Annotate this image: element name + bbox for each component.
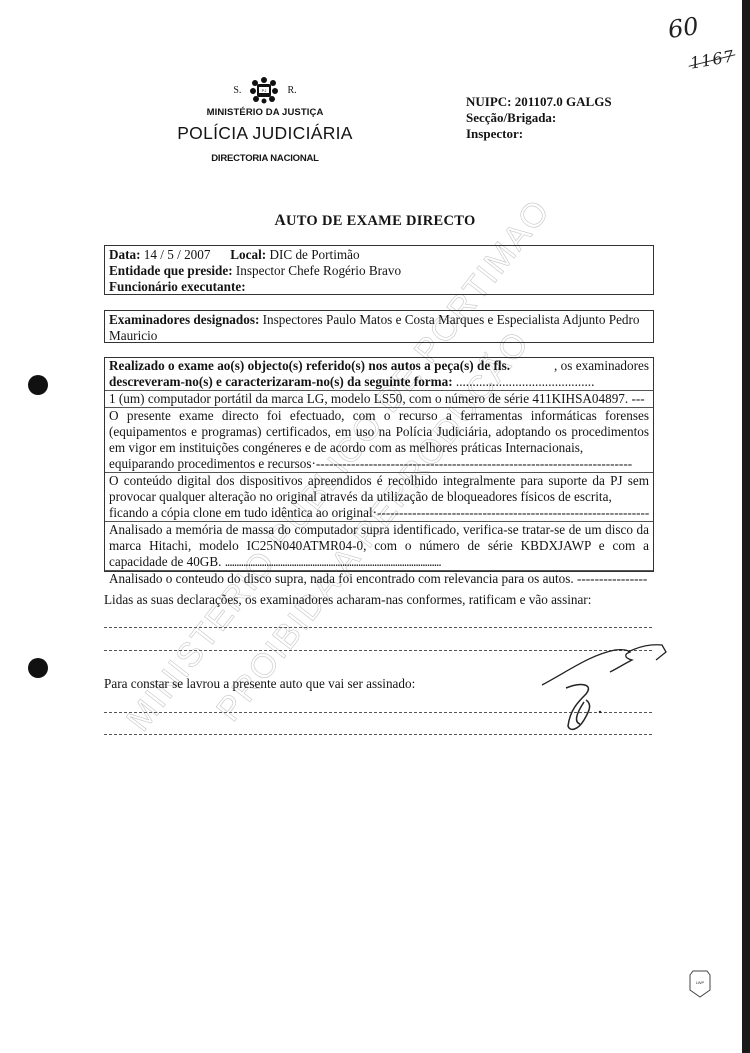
exam-paragraph-4: Analisado o conteudo do disco supra, nad… bbox=[105, 571, 653, 587]
data-value: 14 / 5 / 2007 bbox=[144, 247, 211, 262]
agency-name: POLÍCIA JUDICIÁRIA bbox=[170, 123, 360, 144]
document-title: AUTO DE EXAME DIRECTO bbox=[0, 212, 750, 230]
nuipc-label: NUIPC: bbox=[466, 94, 512, 109]
seccao-row: Secção/Brigada: bbox=[466, 110, 612, 126]
ministry-name: MINISTÉRIO DA JUSTIÇA bbox=[170, 107, 360, 118]
funcionario-row: Funcionário executante: bbox=[109, 279, 649, 295]
para-3-text-b: , modelo bbox=[188, 538, 247, 553]
inspector-label: Inspector: bbox=[466, 126, 523, 141]
title-initial: A bbox=[274, 212, 286, 229]
initials-signature-icon bbox=[556, 680, 616, 740]
disk-brand: Hitachi bbox=[149, 538, 188, 553]
svg-text:PJ: PJ bbox=[262, 88, 267, 93]
disk-serial: KBDXJAWP bbox=[521, 538, 591, 553]
emblem-row: S. PJ R. bbox=[170, 75, 360, 105]
directorate-name: DIRECTORIA NACIONAL bbox=[170, 153, 360, 164]
exam-paragraph-3: Analisado a memória de massa do computad… bbox=[105, 522, 653, 571]
header-left: S. PJ R. MINISTÉRIO DA JUSTIÇA POLÍCIA J… bbox=[170, 75, 360, 164]
exam-item-1: 1 (um) computador portátil da marca LG, … bbox=[105, 391, 653, 408]
nuipc-value: 201107.0 GALGS bbox=[515, 94, 612, 109]
footer-badge: LWP bbox=[689, 970, 711, 998]
signature-line-1 bbox=[104, 627, 652, 628]
handwritten-page-number: 60 bbox=[666, 12, 700, 44]
para-1-dashes: ·---------------------------------------… bbox=[312, 456, 633, 471]
date-location-row: Data: 14 / 5 / 2007 Local: DIC de Portim… bbox=[109, 247, 649, 263]
exam-intro: Realizado o exame ao(s) objecto(s) refer… bbox=[105, 358, 653, 391]
exam-paragraph-2: O conteúdo digital dos dispositivos apre… bbox=[105, 473, 653, 522]
emblem-right-letter: R. bbox=[287, 85, 296, 96]
inspector-row: Inspector: bbox=[466, 126, 612, 142]
funcionario-label: Funcionário executante: bbox=[109, 279, 246, 294]
info-box: Data: 14 / 5 / 2007 Local: DIC de Portim… bbox=[104, 245, 654, 295]
ratification-text: Lidas as suas declarações, os examinador… bbox=[104, 592, 591, 608]
intro-dots: ........................................… bbox=[453, 374, 595, 389]
intro-bold-1: Realizado o exame ao(s) objecto(s) refer… bbox=[109, 358, 510, 373]
title-rest: UTO DE EXAME DIRECTO bbox=[286, 213, 476, 229]
footer-badge-text: LWP bbox=[689, 980, 711, 985]
seccao-label: Secção/Brigada: bbox=[466, 110, 556, 125]
data-label: Data: bbox=[109, 247, 141, 262]
local-label: Local: bbox=[230, 247, 266, 262]
coat-of-arms-icon: PJ bbox=[249, 76, 279, 104]
entidade-row: Entidade que preside: Inspector Chefe Ro… bbox=[109, 263, 649, 279]
para-2-end: ficando a cópia clone em tudo idêntica a… bbox=[109, 505, 373, 520]
para-3-text-c: , com o número de série bbox=[363, 538, 521, 553]
para-2-dashes: ·---------------------------------------… bbox=[373, 505, 649, 520]
exam-box: Realizado o exame ao(s) objecto(s) refer… bbox=[104, 357, 654, 572]
disk-model: IC25N040ATMR04-0 bbox=[247, 538, 364, 553]
intro-normal: , os examinadores bbox=[554, 358, 649, 373]
examiners-box: Examinadores designados: Inspectores Pau… bbox=[104, 310, 654, 343]
para-1-end: equiparando procedimentos e recursos bbox=[109, 456, 312, 471]
emblem-left-letter: S. bbox=[233, 85, 241, 96]
punch-hole-top bbox=[28, 375, 48, 395]
para-3-dots: ........................................… bbox=[225, 554, 441, 569]
para-1-text: O presente exame directo foi efectuado, … bbox=[109, 408, 649, 455]
nuipc-row: NUIPC: 201107.0 GALGS bbox=[466, 94, 612, 110]
local-value: DIC de Portimão bbox=[269, 247, 359, 262]
exam-paragraph-1: O presente exame directo foi efectuado, … bbox=[105, 408, 653, 473]
punch-hole-bottom bbox=[28, 658, 48, 678]
scan-edge bbox=[742, 0, 750, 1053]
examiners-label: Examinadores designados: bbox=[109, 312, 259, 327]
entidade-value: Inspector Chefe Rogério Bravo bbox=[236, 263, 401, 278]
header-right: NUIPC: 201107.0 GALGS Secção/Brigada: In… bbox=[466, 94, 612, 142]
closing-text: Para constar se lavrou a presente auto q… bbox=[104, 676, 415, 692]
entidade-label: Entidade que preside: bbox=[109, 263, 233, 278]
para-2-text: O conteúdo digital dos dispositivos apre… bbox=[109, 473, 649, 504]
intro-bold-2: descreveram-no(s) e caracterizaram-no(s)… bbox=[109, 374, 453, 389]
